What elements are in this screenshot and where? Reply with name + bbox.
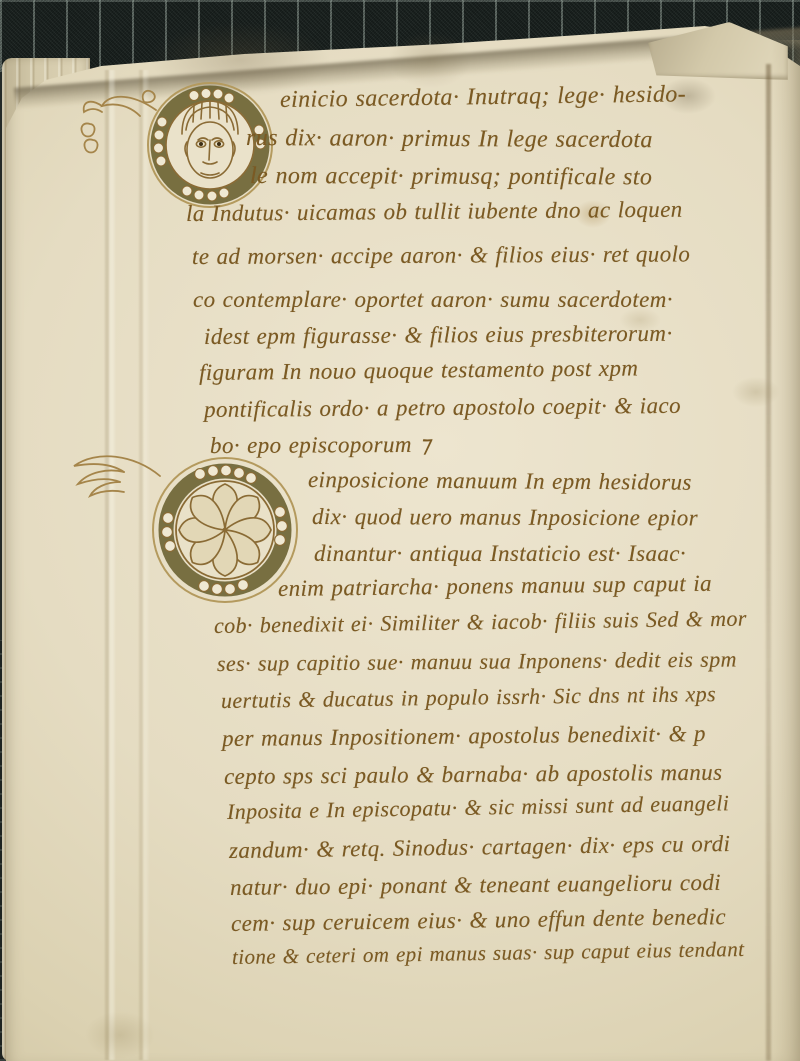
manuscript-line: einposicione manuum In epm hesidorus bbox=[308, 468, 692, 494]
page-right-shade bbox=[771, 40, 800, 1061]
manuscript-line: dinantur· antiqua Instaticio est· Isaac· bbox=[314, 542, 686, 565]
manuscript-line: dix· quod uero manus Inposicione epior bbox=[312, 505, 698, 529]
manuscript-photo: einicio sacerdota· Inutraq; lege· hesido… bbox=[0, 0, 800, 1061]
manuscript-line: la Indutus· uicamas ob tullit iubente dn… bbox=[186, 198, 683, 225]
initial-medallion-rosette bbox=[60, 440, 300, 620]
manuscript-line: te ad morsen· accipe aaron· & filios eiu… bbox=[192, 242, 690, 268]
manuscript-line: per manus Inpositionem· apostolus benedi… bbox=[222, 722, 706, 750]
manuscript-line: figuram In nouo quoque testamento post x… bbox=[199, 356, 639, 384]
manuscript-line: einicio sacerdota· Inutraq; lege· hesido… bbox=[280, 82, 686, 112]
manuscript-line: pontificalis ordo· a petro apostolo coep… bbox=[204, 394, 681, 421]
manuscript-line: co contemplare· oportet aaron· sumu sace… bbox=[193, 288, 673, 311]
manuscript-line: rus dix· aaron· primus In lege sacerdota bbox=[246, 126, 653, 152]
manuscript-line: enim patriarcha· ponens manuu sup caput … bbox=[278, 572, 712, 600]
manuscript-line: ses· sup capitio sue· manuu sua Inponens… bbox=[217, 648, 737, 675]
manuscript-line: idest epm figurasse· & filios eius presb… bbox=[204, 322, 673, 348]
manuscript-line: bo· epo episcoporum ⁊ bbox=[210, 433, 431, 457]
manuscript-line: natur· duo epi· ponant & teneant euangel… bbox=[230, 871, 721, 899]
manuscript-line: le nom accepit· primusq; pontificale sto bbox=[250, 164, 652, 189]
manuscript-line: cepto sps sci paulo & barnaba· ab aposto… bbox=[224, 761, 723, 788]
